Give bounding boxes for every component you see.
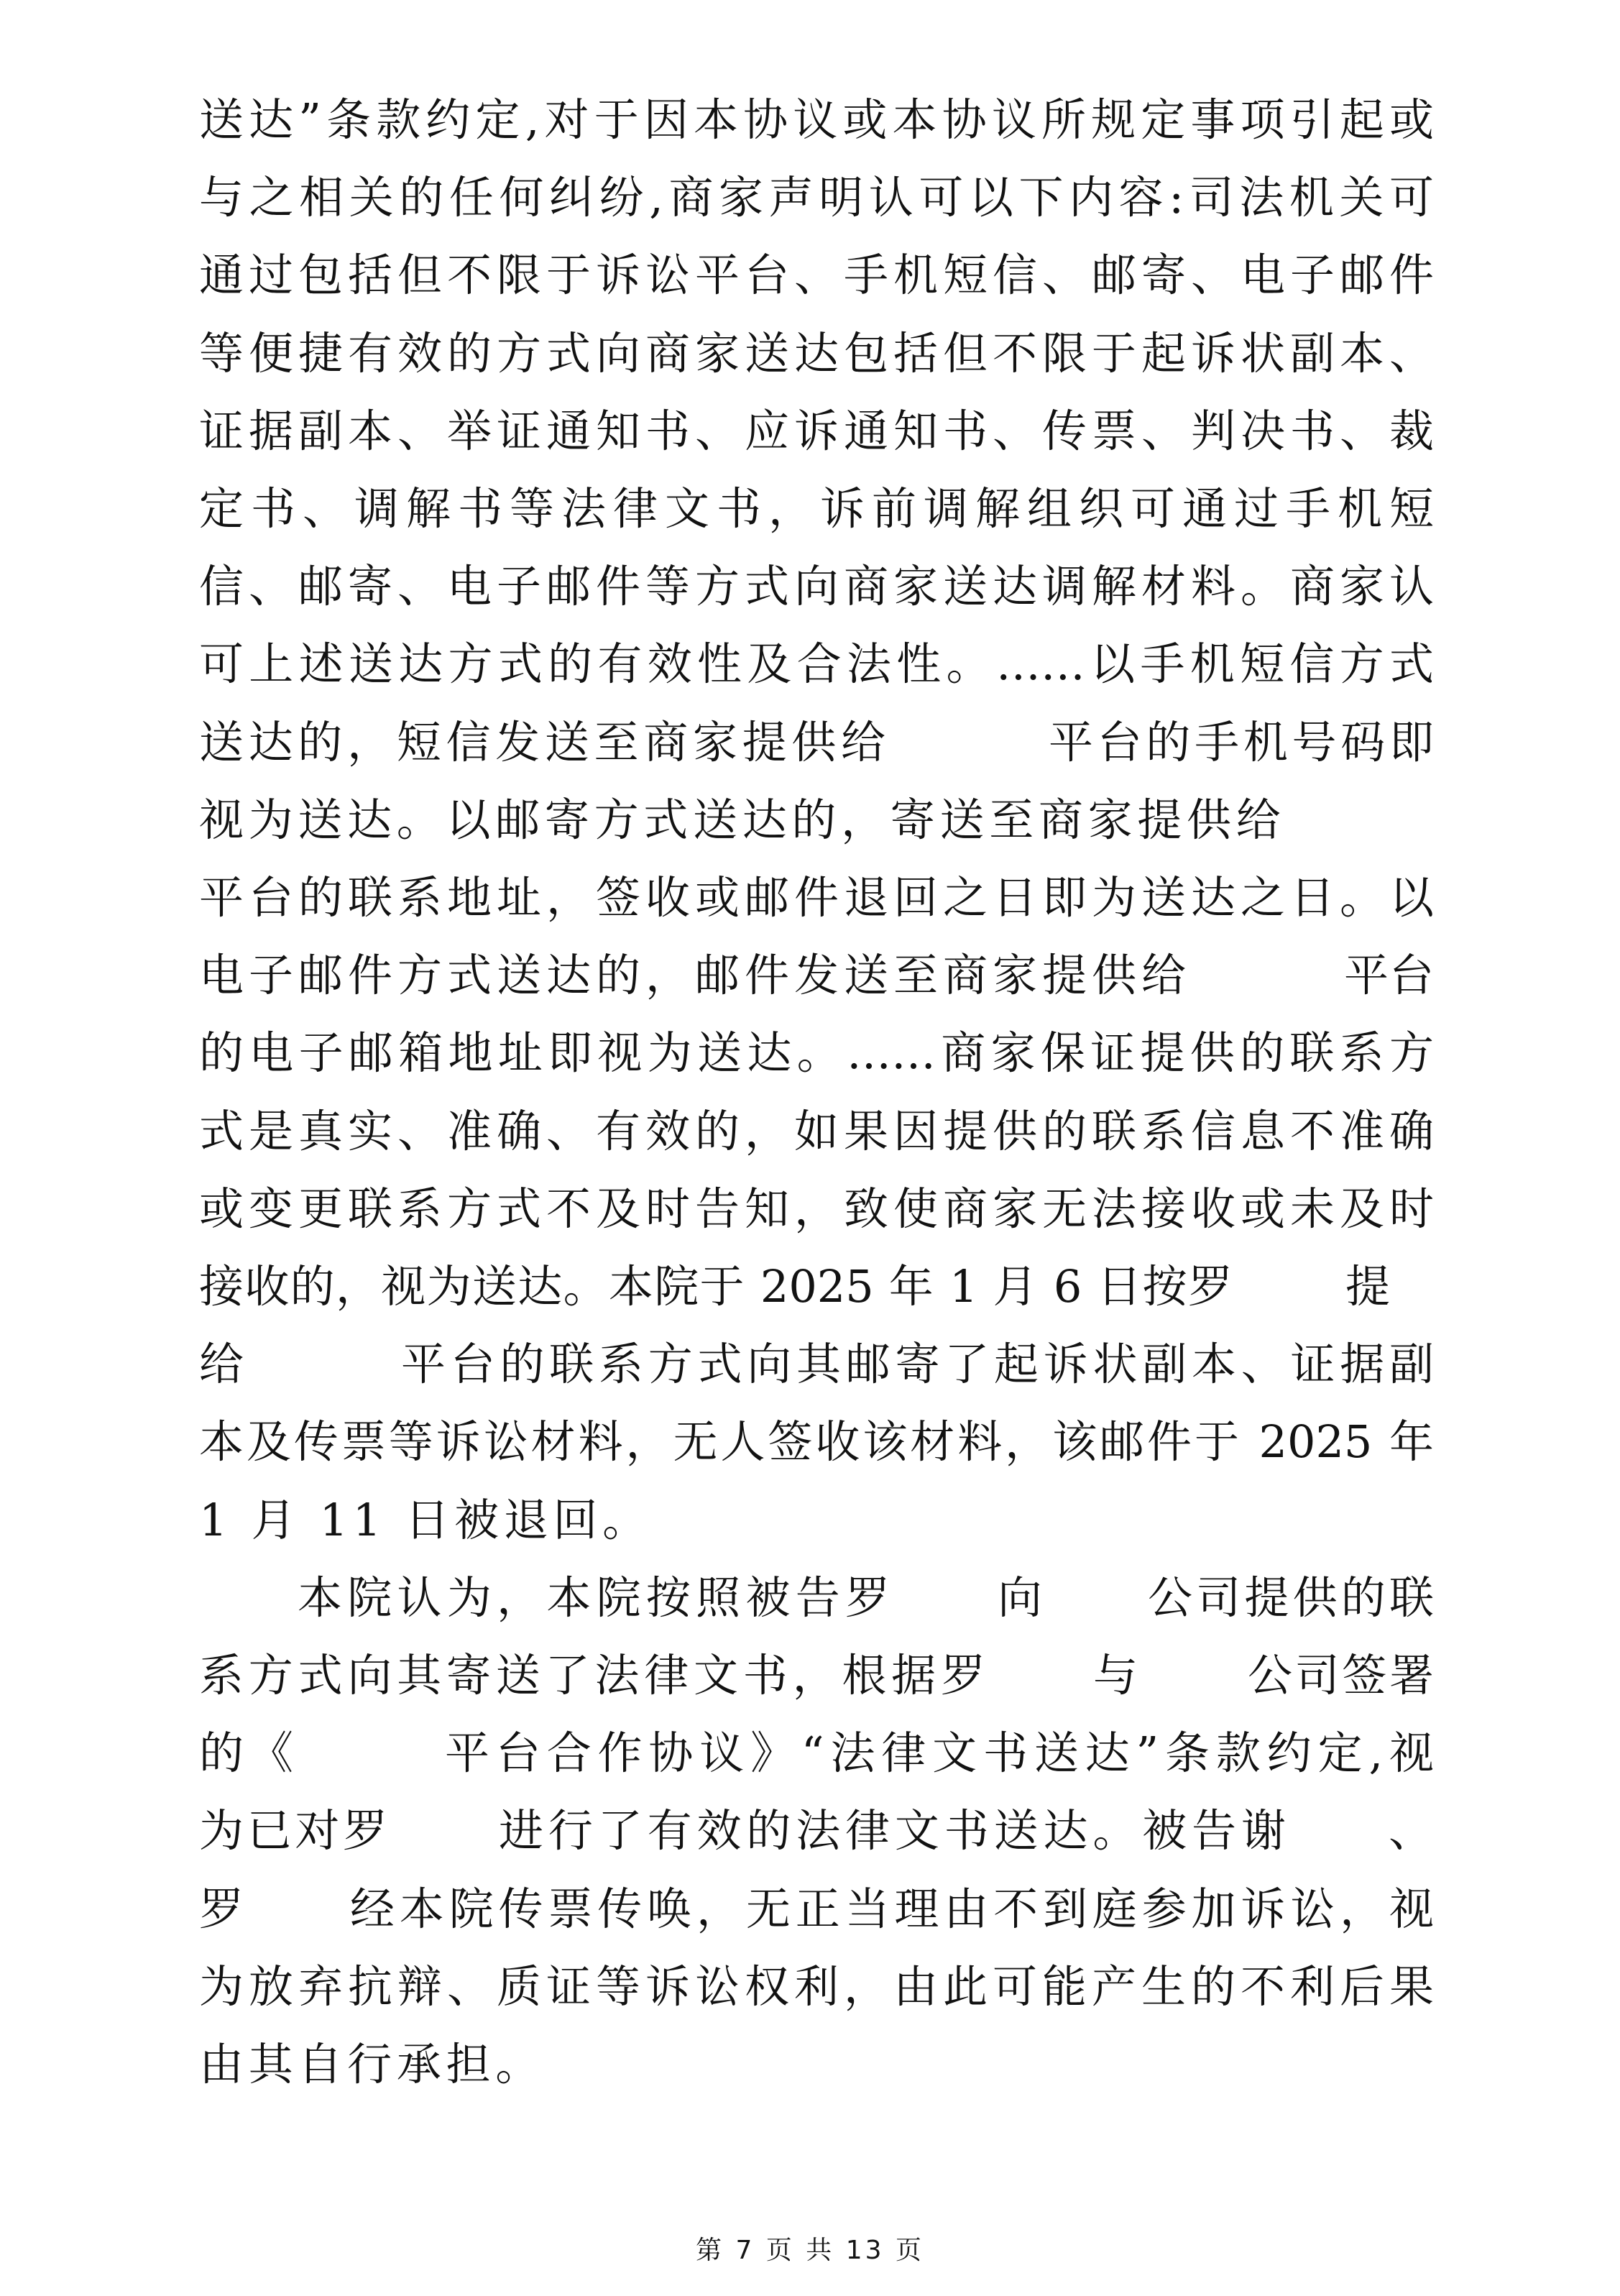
text-segment: 证据副本、举证通知书、应诉通知书、传票、判决书、裁	[199, 405, 1434, 457]
text-segment: 公司提供的联	[1148, 1572, 1434, 1624]
text-segment: 本院认为，本院按照被告罗	[298, 1572, 890, 1624]
text-line: 本院认为，本院按照被告罗向公司提供的联	[0, 1572, 1620, 1624]
text-segment: 平台合作协议》“法律文书送达”条款约定,视	[445, 1727, 1434, 1779]
text-segment: 或变更联系方式不及时告知，致使商家无法接收或未及时	[199, 1183, 1434, 1235]
text-line: 信、邮寄、电子邮件等方式向商家送达调解材料。商家认	[0, 561, 1620, 612]
text-segment: 提供	[1345, 1261, 1434, 1313]
text-line: 送达的，短信发送至商家提供给平台的手机号码即	[0, 717, 1620, 768]
text-segment: 给	[199, 1338, 249, 1390]
text-segment: 向	[998, 1572, 1047, 1624]
text-segment: 式是真实、准确、有效的，如果因提供的联系信息不准确	[199, 1106, 1434, 1157]
text-segment: 1 月 11 日被退回。	[199, 1494, 652, 1546]
text-line: 证据副本、举证通知书、应诉通知书、传票、判决书、裁	[0, 405, 1620, 457]
text-line: 1 月 11 日被退回。	[0, 1494, 1620, 1546]
text-segment: 送达”条款约定,对于因本协议或本协议所规定事项引起或	[199, 94, 1434, 146]
text-line: 给平台的联系方式向其邮寄了起诉状副本、证据副	[0, 1338, 1620, 1390]
text-segment: 平台的手机号码即	[1049, 717, 1434, 768]
text-segment: 电子邮件方式送达的，邮件发送至商家提供给	[199, 950, 1186, 1001]
text-line: 视为送达。以邮寄方式送达的，寄送至商家提供给	[0, 794, 1620, 846]
text-segment: 罗	[199, 1883, 249, 1935]
text-line: 的《平台合作协议》“法律文书送达”条款约定,视	[0, 1727, 1620, 1779]
text-segment: 信、邮寄、电子邮件等方式向商家送达调解材料。商家认	[199, 561, 1434, 612]
text-segment: 为已对罗	[199, 1805, 387, 1857]
text-segment: 平台的联系地址，签收或邮件退回之日即为送达之日。以	[199, 872, 1434, 924]
text-segment: 的电子邮箱地址即视为送达。……商家保证提供的联系方	[199, 1027, 1434, 1079]
text-segment: 定书、调解书等法律文书，诉前调解组织可通过手机短	[199, 483, 1434, 535]
text-segment: 为放弃抗辩、质证等诉讼权利，由此可能产生的不利后果	[199, 1961, 1434, 2013]
text-segment: 等便捷有效的方式向商家送达包括但不限于起诉状副本、	[199, 328, 1434, 380]
text-line: 为已对罗进行了有效的法律文书送达。被告谢、	[0, 1805, 1620, 1857]
text-segment: 与之相关的任何纠纷,商家声明认可以下内容:司法机关可	[199, 172, 1434, 224]
text-segment: 进行了有效的法律文书送达。被告谢	[499, 1805, 1286, 1857]
document-page: 送达”条款约定,对于因本协议或本协议所规定事项引起或与之相关的任何纠纷,商家声明…	[0, 0, 1620, 2296]
text-segment: 的《	[199, 1727, 293, 1779]
text-segment: 系方式向其寄送了法律文书，根据罗	[199, 1650, 985, 1702]
text-segment: 经本院传票传唤，无正当理由不到庭参加诉讼，视	[350, 1883, 1434, 1935]
page-number-footer: 第 7 页 共 13 页	[0, 2234, 1620, 2267]
text-segment: 、	[1389, 1805, 1438, 1857]
text-segment: 通过包括但不限于诉讼平台、手机短信、邮寄、电子邮件	[199, 249, 1434, 301]
text-segment: 可上述送达方式的有效性及合法性。……以手机短信方式	[199, 638, 1434, 690]
text-segment: 本及传票等诉讼材料，无人签收该材料，该邮件于 2025 年	[199, 1416, 1434, 1468]
text-segment: 接收的，视为送达。本院于 2025 年 1 月 6 日按罗	[199, 1261, 1233, 1313]
text-line: 罗经本院传票传唤，无正当理由不到庭参加诉讼，视	[0, 1883, 1620, 1935]
text-segment: 送达的，短信发送至商家提供给	[199, 717, 885, 768]
text-line: 送达”条款约定,对于因本协议或本协议所规定事项引起或	[0, 94, 1620, 146]
text-line: 或变更联系方式不及时告知，致使商家无法接收或未及时	[0, 1183, 1620, 1235]
text-segment: 由其自行承担。	[199, 2039, 545, 2090]
text-segment: 与	[1093, 1650, 1143, 1702]
text-line: 平台的联系地址，签收或邮件退回之日即为送达之日。以	[0, 872, 1620, 924]
text-line: 由其自行承担。	[0, 2039, 1620, 2090]
text-line: 系方式向其寄送了法律文书，根据罗与公司签署	[0, 1650, 1620, 1702]
text-line: 与之相关的任何纠纷,商家声明认可以下内容:司法机关可	[0, 172, 1620, 224]
text-segment: 视为送达。以邮寄方式送达的，寄送至商家提供给	[199, 794, 1285, 846]
text-line: 接收的，视为送达。本院于 2025 年 1 月 6 日按罗提供	[0, 1261, 1620, 1313]
text-line: 定书、调解书等法律文书，诉前调解组织可通过手机短	[0, 483, 1620, 535]
text-line: 等便捷有效的方式向商家送达包括但不限于起诉状副本、	[0, 328, 1620, 380]
text-line: 电子邮件方式送达的，邮件发送至商家提供给平台	[0, 950, 1620, 1001]
text-line: 本及传票等诉讼材料，无人签收该材料，该邮件于 2025 年	[0, 1416, 1620, 1468]
text-line: 式是真实、准确、有效的，如果因提供的联系信息不准确	[0, 1106, 1620, 1157]
text-line: 可上述送达方式的有效性及合法性。……以手机短信方式	[0, 638, 1620, 690]
text-line: 的电子邮箱地址即视为送达。……商家保证提供的联系方	[0, 1027, 1620, 1079]
text-segment: 平台	[1344, 950, 1434, 1001]
text-line: 为放弃抗辩、质证等诉讼权利，由此可能产生的不利后果	[0, 1961, 1620, 2013]
text-line: 通过包括但不限于诉讼平台、手机短信、邮寄、电子邮件	[0, 249, 1620, 301]
text-segment: 平台的联系方式向其邮寄了起诉状副本、证据副	[401, 1338, 1434, 1390]
text-segment: 公司签署	[1248, 1650, 1434, 1702]
